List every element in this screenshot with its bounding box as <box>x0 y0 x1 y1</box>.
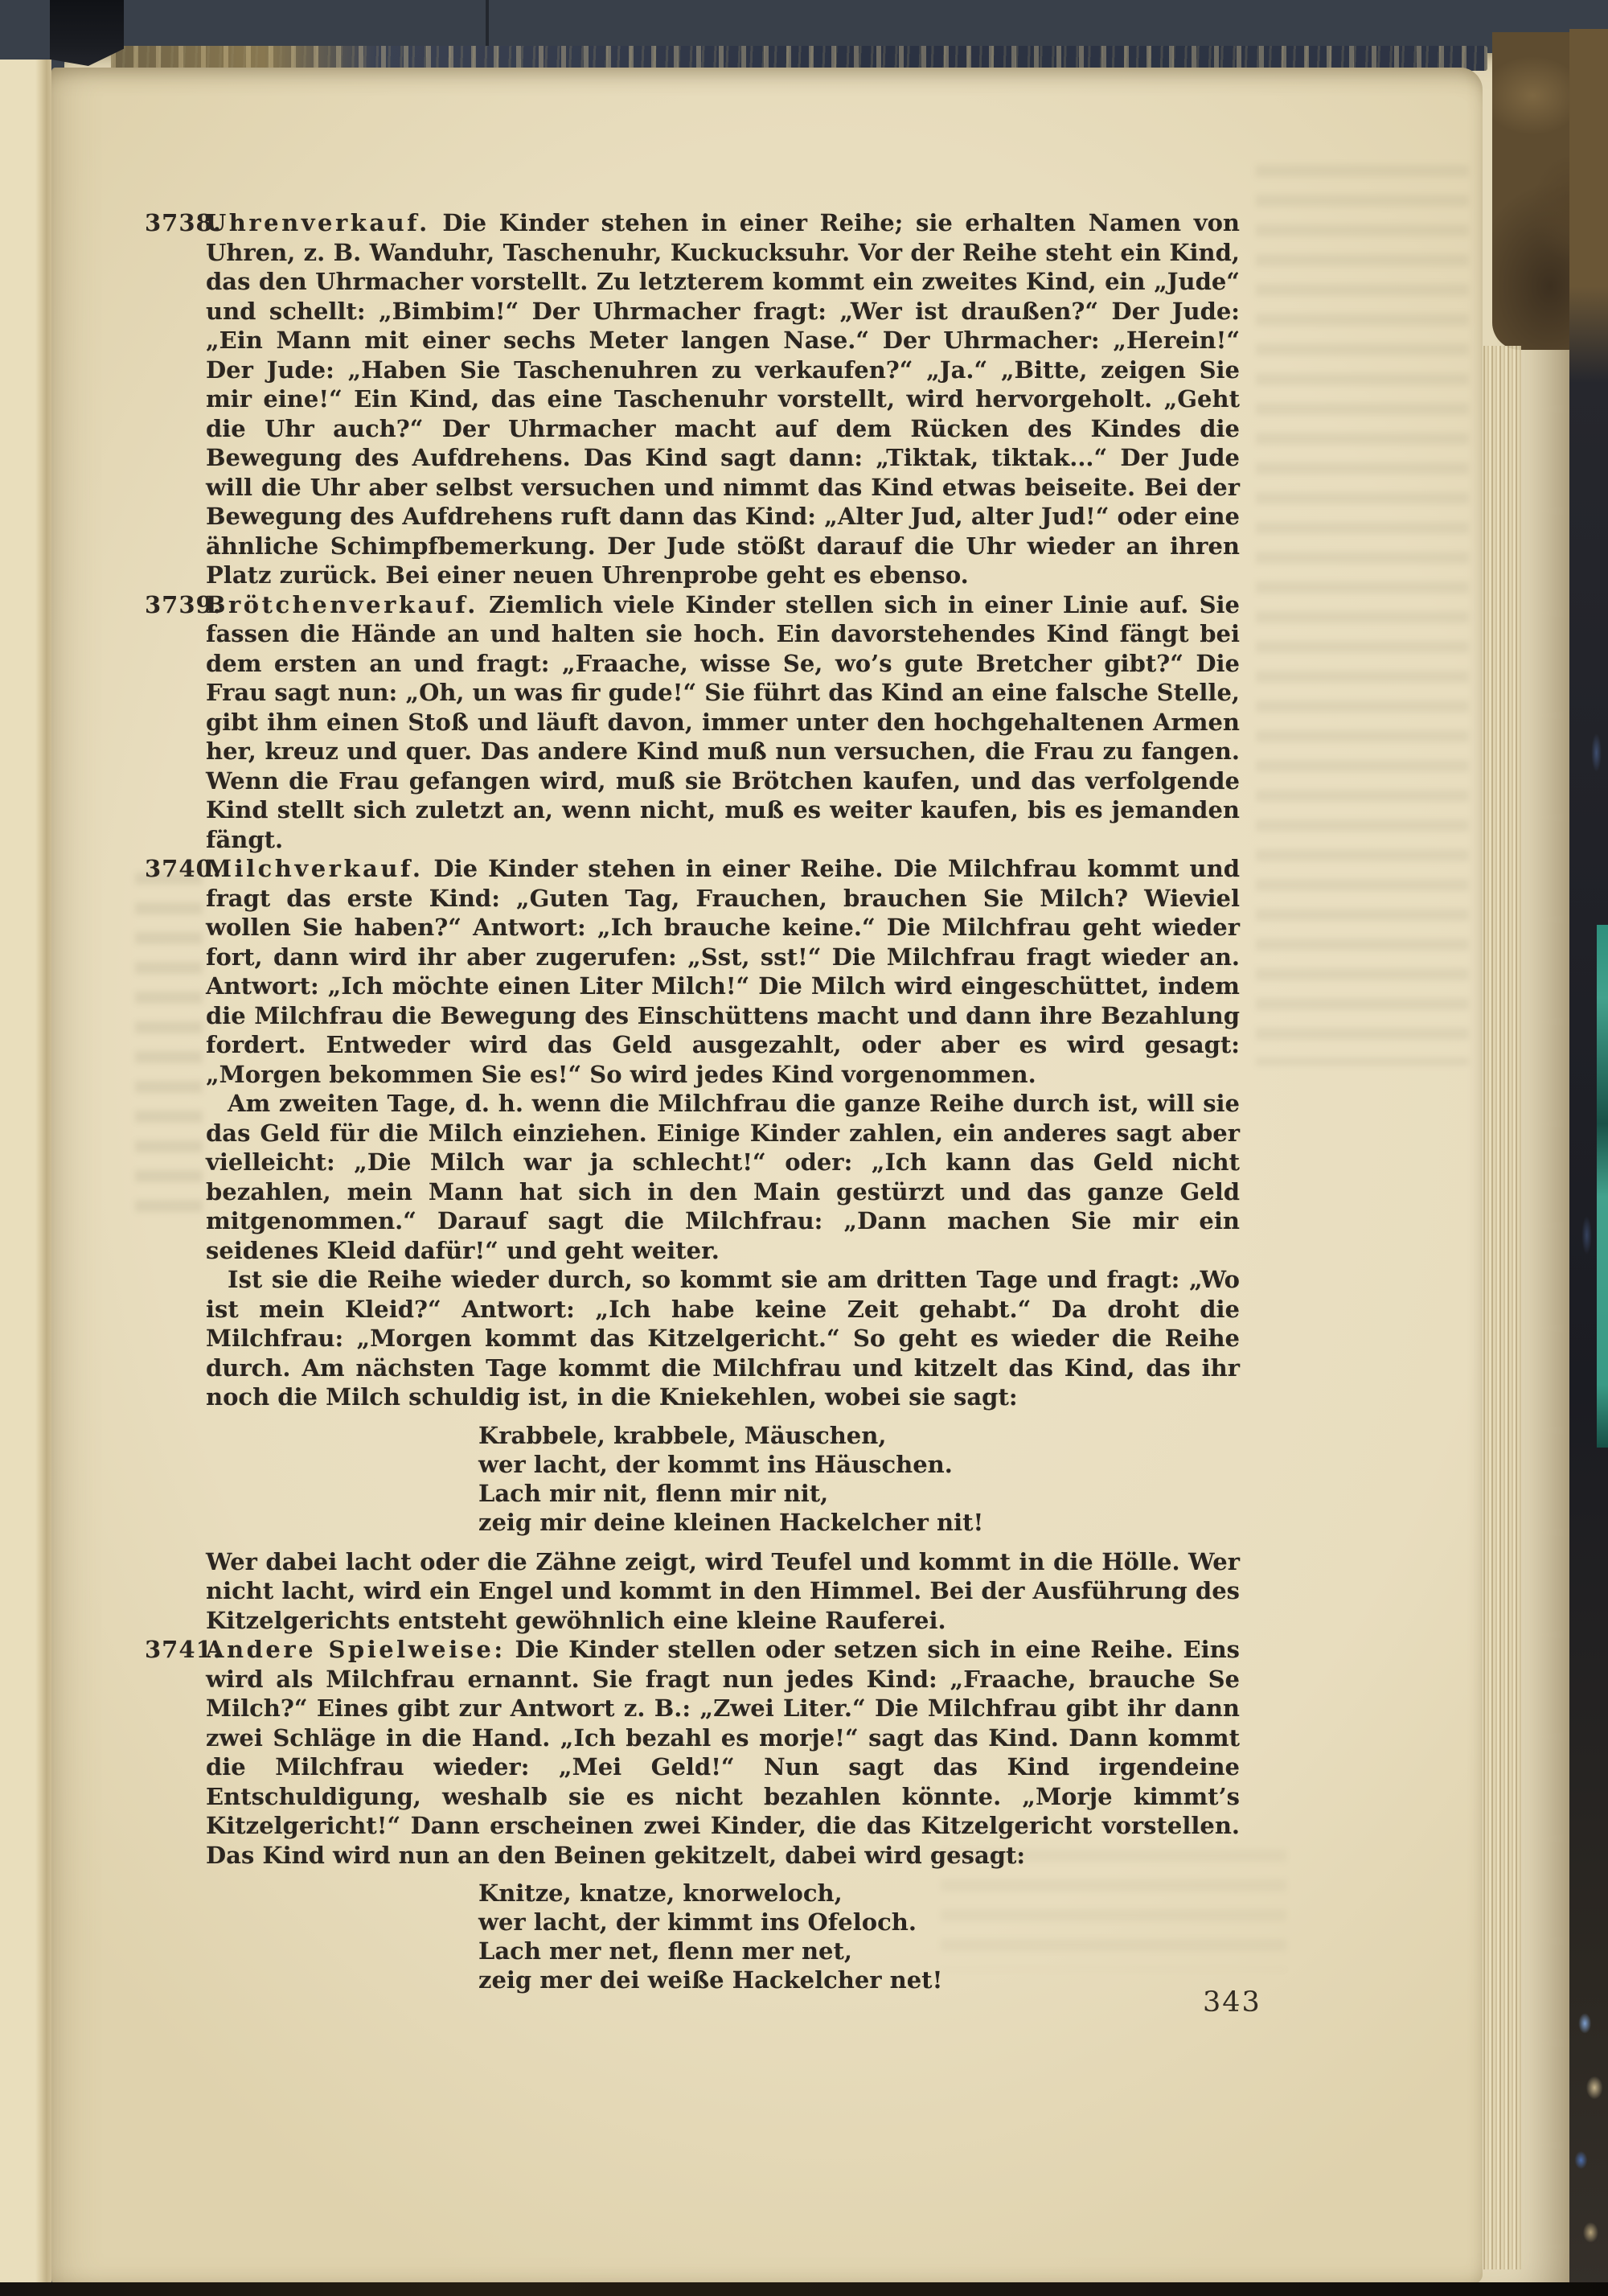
entry-3741: 3741.Andere Spielweise: Die Kinder stell… <box>121 1635 1240 1870</box>
entry-text: Die Kinder stehen in einer Reihe; sie er… <box>206 209 1240 589</box>
entry-text: Die Kinder stellen oder setzen sich in e… <box>206 1636 1240 1869</box>
verse-line: Knitze, knatze, knorweloch, <box>478 1879 1240 1908</box>
gutter-page-edge <box>0 60 51 2289</box>
verse-rhyme-2: Knitze, knatze, knorweloch, wer lacht, d… <box>478 1879 1240 1994</box>
entry-keyword: Andere Spielweise: <box>206 1636 506 1663</box>
verse-rhyme-1: Krabbele, krabbele, Mäuschen, wer lacht,… <box>478 1421 1240 1537</box>
ghost-showthrough-right <box>1256 165 1469 1066</box>
scanned-book-photo: { "page": { "number": "343", "language":… <box>0 0 1608 2296</box>
entry-text: Die Kinder stehen in einer Reihe. Die Mi… <box>206 855 1240 1088</box>
table-surface-edge <box>1597 925 1608 1448</box>
paragraph: Ist sie die Reihe wieder durch, so kommt… <box>121 1265 1240 1412</box>
entry-keyword: Uhrenverkauf. <box>206 209 430 236</box>
entry-number: 3740. <box>145 854 222 884</box>
verse-line: wer lacht, der kommt ins Häuschen. <box>478 1450 1240 1479</box>
paragraph: Am zweiten Tage, d. h. wenn die Milchfra… <box>121 1089 1240 1265</box>
entry-3738: 3738.Uhrenverkauf. Die Kinder stehen in … <box>121 208 1240 590</box>
verse-line: wer lacht, der kimmt ins Ofeloch. <box>478 1908 1240 1937</box>
verse-line: zeig mir deine kleinen Hackelcher nit! <box>478 1508 1240 1537</box>
entry-number: 3738. <box>145 208 222 238</box>
entry-number: 3739. <box>145 590 222 620</box>
entry-keyword: Brötchenverkauf. <box>206 591 478 618</box>
entry-text: Ziemlich viele Kinder stellen sich in ei… <box>206 591 1240 853</box>
verse-line: zeig mer dei weiße Hackelcher net! <box>478 1965 1240 1994</box>
verse-line: Krabbele, krabbele, Mäuschen, <box>478 1421 1240 1450</box>
entry-number: 3741. <box>145 1635 222 1665</box>
entry-3740: 3740.Milchverkauf. Die Kinder stehen in … <box>121 854 1240 1089</box>
paragraph: Wer dabei lacht oder die Zähne zeigt, wi… <box>121 1547 1240 1636</box>
entry-3739: 3739.Brötchenverkauf. Ziemlich viele Kin… <box>121 590 1240 855</box>
verse-line: Lach mer net, flenn mer net, <box>478 1937 1240 1965</box>
bottom-edge-shadow <box>0 2282 1608 2296</box>
text-block: 3738.Uhrenverkauf. Die Kinder stehen in … <box>121 208 1240 2005</box>
page-number: 343 <box>1203 1986 1261 2019</box>
entry-keyword: Milchverkauf. <box>206 855 423 882</box>
background-seam <box>486 0 489 50</box>
verse-line: Lach mir nit, flenn mir nit, <box>478 1479 1240 1508</box>
